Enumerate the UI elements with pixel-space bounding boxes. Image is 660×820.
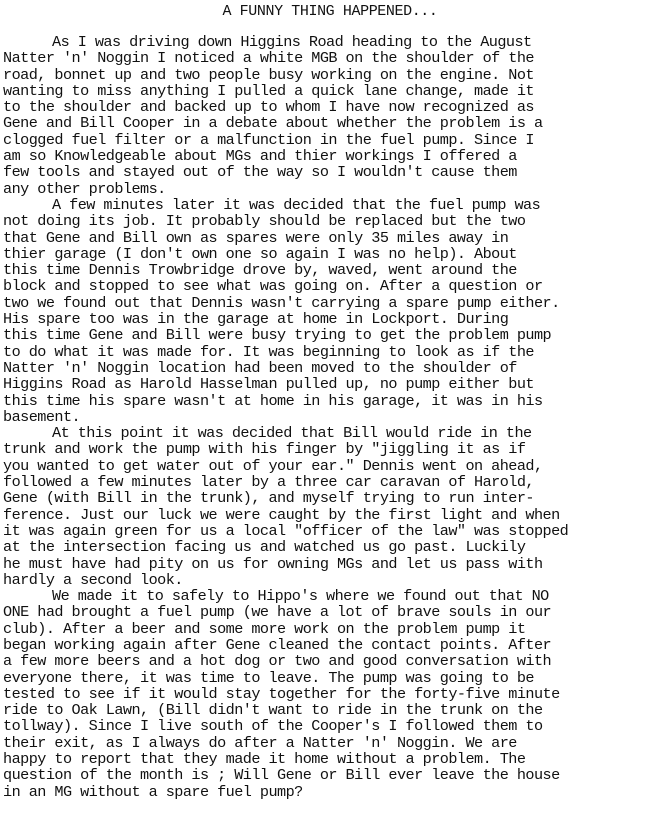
text-line: road, bonnet up and two people busy work… (3, 67, 660, 83)
text-line: tested to see if it would stay together … (3, 686, 660, 702)
text-line: not doing its job. It probably should be… (3, 213, 660, 229)
text-line: ride to Oak Lawn, (Bill didn't want to r… (3, 702, 660, 718)
text-line: We made it to safely to Hippo's where we… (3, 588, 660, 604)
document-page: A FUNNY THING HAPPENED... As I was drivi… (0, 0, 660, 820)
text-line: am so Knowledgeable about MGs and thier … (3, 148, 660, 164)
text-line: His spare too was in the garage at home … (3, 311, 660, 327)
text-line: he must have had pity on us for owning M… (3, 556, 660, 572)
text-line: Gene and Bill Cooper in a debate about w… (3, 115, 660, 131)
text-line: As I was driving down Higgins Road headi… (3, 34, 660, 50)
text-line: Natter 'n' Noggin location had been move… (3, 360, 660, 376)
text-line: everyone there, it was time to leave. Th… (3, 670, 660, 686)
text-line: at the intersection facing us and watche… (3, 539, 660, 555)
text-line: Higgins Road as Harold Hasselman pulled … (3, 376, 660, 392)
text-line: A few minutes later it was decided that … (3, 197, 660, 213)
text-line: this time Gene and Bill were busy trying… (3, 327, 660, 343)
text-line: hardly a second look. (3, 572, 660, 588)
text-line: Natter 'n' Noggin I noticed a white MGB … (3, 50, 660, 66)
text-line: this time Dennis Trowbridge drove by, wa… (3, 262, 660, 278)
text-line: clogged fuel filter or a malfunction in … (3, 132, 660, 148)
paragraph: At this point it was decided that Bill w… (3, 425, 660, 588)
text-line: At this point it was decided that Bill w… (3, 425, 660, 441)
paragraph: We made it to safely to Hippo's where we… (3, 588, 660, 800)
text-line: this time his spare wasn't at home in hi… (3, 393, 660, 409)
text-line: wanting to miss anything I pulled a quic… (3, 83, 660, 99)
text-line: basement. (3, 409, 660, 425)
text-line: tollway). Since I live south of the Coop… (3, 718, 660, 734)
paragraph: A few minutes later it was decided that … (3, 197, 660, 425)
document-body: As I was driving down Higgins Road headi… (3, 34, 660, 800)
text-line: any other problems. (3, 181, 660, 197)
text-line: you wanted to get water out of your ear.… (3, 458, 660, 474)
text-line: Gene (with Bill in the trunk), and mysel… (3, 490, 660, 506)
text-line: to the shoulder and backed up to whom I … (3, 99, 660, 115)
text-line: that Gene and Bill own as spares were on… (3, 230, 660, 246)
text-line: it was again green for us a local "offic… (3, 523, 660, 539)
text-line: two we found out that Dennis wasn't carr… (3, 295, 660, 311)
text-line: few tools and stayed out of the way so I… (3, 164, 660, 180)
text-line: happy to report that they made it home w… (3, 751, 660, 767)
text-line: to do what it was made for. It was begin… (3, 344, 660, 360)
document-title: A FUNNY THING HAPPENED... (0, 3, 660, 21)
text-line: club). After a beer and some more work o… (3, 621, 660, 637)
text-line: in an MG without a spare fuel pump? (3, 784, 660, 800)
text-line: trunk and work the pump with his finger … (3, 441, 660, 457)
text-line: thier garage (I don't own one so again I… (3, 246, 660, 262)
text-line: began working again after Gene cleaned t… (3, 637, 660, 653)
text-line: ONE had brought a fuel pump (we have a l… (3, 604, 660, 620)
text-line: their exit, as I always do after a Natte… (3, 735, 660, 751)
text-line: block and stopped to see what was going … (3, 278, 660, 294)
text-line: ference. Just our luck we were caught by… (3, 507, 660, 523)
paragraph: As I was driving down Higgins Road headi… (3, 34, 660, 197)
text-line: a few more beers and a hot dog or two an… (3, 653, 660, 669)
text-line: followed a few minutes later by a three … (3, 474, 660, 490)
text-line: question of the month is ; Will Gene or … (3, 767, 660, 783)
